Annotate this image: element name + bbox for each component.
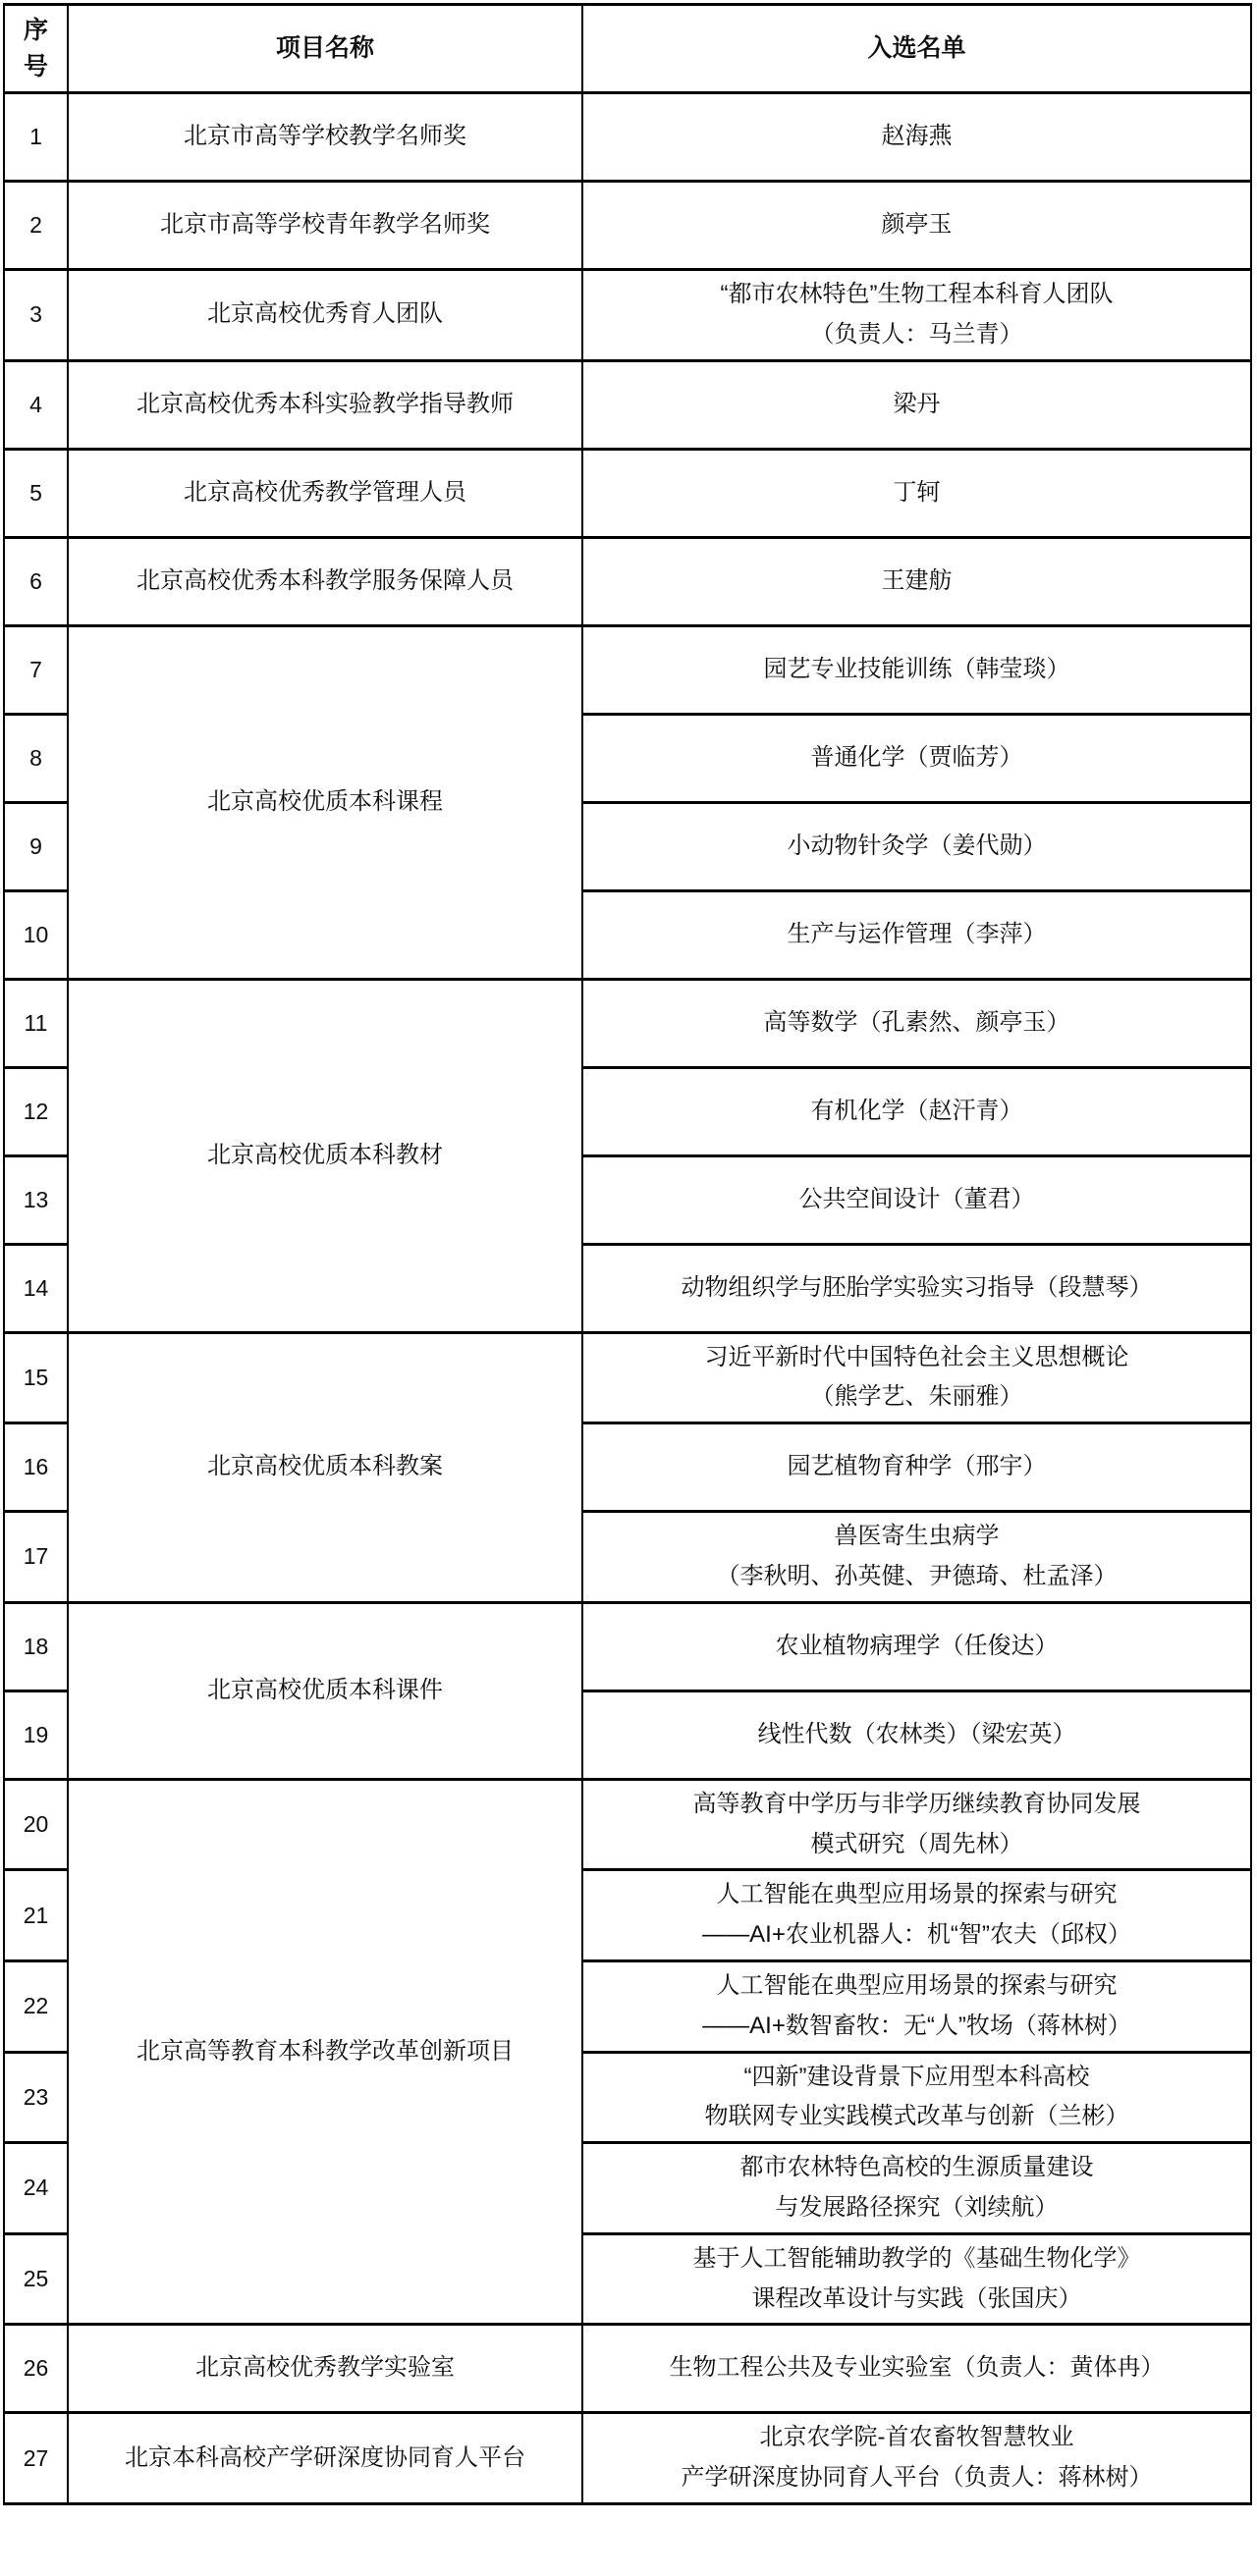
entry-cell: 高等教育中学历与非学历继续教育协同发展 模式研究（周先林）	[582, 1779, 1251, 1870]
project-name-cell: 北京市高等学校青年教学名师奖	[68, 182, 582, 270]
entry-cell: 都市农林特色高校的生源质量建设 与发展路径探究（刘续航）	[582, 2143, 1251, 2234]
table-row: 15 北京高校优质本科教案 习近平新时代中国特色社会主义思想概论 （熊学艺、朱丽…	[4, 1332, 1251, 1423]
serial-cell: 17	[4, 1512, 68, 1603]
award-table: 序号 项目名称 入选名单 1 北京市高等学校教学名师奖 赵海燕 2 北京市高等学…	[3, 3, 1252, 2505]
entry-cell: 北京农学院-首农畜牧智慧牧业 产学研深度协同育人平台（负责人：蒋林树）	[582, 2413, 1251, 2504]
entry-cell: 农业植物病理学（任俊达）	[582, 1602, 1251, 1690]
entry-cell: 高等数学（孔素然、颜亭玉）	[582, 979, 1251, 1067]
entry-cell: 兽医寄生虫病学 （李秋明、孙英健、尹德琦、杜孟泽）	[582, 1512, 1251, 1603]
project-name-cell: 北京高校优质本科教案	[68, 1332, 582, 1602]
header-row: 序号 项目名称 入选名单	[4, 5, 1251, 93]
entry-cell: 梁丹	[582, 360, 1251, 449]
table-row: 4 北京高校优秀本科实验教学指导教师 梁丹	[4, 360, 1251, 449]
project-name-cell: 北京高校优秀教学实验室	[68, 2325, 582, 2413]
serial-cell: 15	[4, 1332, 68, 1423]
entry-cell: 习近平新时代中国特色社会主义思想概论 （熊学艺、朱丽雅）	[582, 1332, 1251, 1423]
serial-cell: 7	[4, 625, 68, 714]
entry-cell: 王建舫	[582, 537, 1251, 625]
project-name-cell: 北京高等教育本科教学改革创新项目	[68, 1779, 582, 2325]
entry-cell: 赵海燕	[582, 93, 1251, 182]
serial-cell: 16	[4, 1423, 68, 1512]
entry-cell: 基于人工智能辅助教学的《基础生物化学》 课程改革设计与实践（张国庆）	[582, 2233, 1251, 2325]
serial-cell: 12	[4, 1067, 68, 1155]
project-name-cell: 北京高校优秀育人团队	[68, 270, 582, 361]
entry-cell: 颜亭玉	[582, 182, 1251, 270]
table-row: 5 北京高校优秀教学管理人员 丁轲	[4, 449, 1251, 537]
table-row: 26 北京高校优秀教学实验室 生物工程公共及专业实验室（负责人：黄体冉）	[4, 2325, 1251, 2413]
table-row: 7 北京高校优质本科课程 园艺专业技能训练（韩莹琰）	[4, 625, 1251, 714]
serial-cell: 5	[4, 449, 68, 537]
project-name-cell: 北京市高等学校教学名师奖	[68, 93, 582, 182]
entry-cell: 公共空间设计（董君）	[582, 1155, 1251, 1244]
serial-cell: 22	[4, 1960, 68, 2052]
serial-cell: 11	[4, 979, 68, 1067]
table-row: 2 北京市高等学校青年教学名师奖 颜亭玉	[4, 182, 1251, 270]
project-name-cell: 北京高校优秀本科教学服务保障人员	[68, 537, 582, 625]
serial-cell: 23	[4, 2052, 68, 2143]
table-row: 1 北京市高等学校教学名师奖 赵海燕	[4, 93, 1251, 182]
serial-cell: 25	[4, 2233, 68, 2325]
serial-cell: 14	[4, 1244, 68, 1332]
entry-cell: 有机化学（赵汗青）	[582, 1067, 1251, 1155]
table-row: 11 北京高校优质本科教材 高等数学（孔素然、颜亭玉）	[4, 979, 1251, 1067]
entry-cell: 线性代数（农林类）（梁宏英）	[582, 1690, 1251, 1779]
entry-cell: 生物工程公共及专业实验室（负责人：黄体冉）	[582, 2325, 1251, 2413]
project-name-cell: 北京高校优质本科课件	[68, 1602, 582, 1779]
entry-cell: 丁轲	[582, 449, 1251, 537]
table-row: 20 北京高等教育本科教学改革创新项目 高等教育中学历与非学历继续教育协同发展 …	[4, 1779, 1251, 1870]
table-row: 18 北京高校优质本科课件 农业植物病理学（任俊达）	[4, 1602, 1251, 1690]
entry-cell: 小动物针灸学（姜代勋）	[582, 802, 1251, 890]
serial-cell: 19	[4, 1690, 68, 1779]
document-sheet: 序号 项目名称 入选名单 1 北京市高等学校教学名师奖 赵海燕 2 北京市高等学…	[0, 0, 1257, 2511]
serial-cell: 26	[4, 2325, 68, 2413]
serial-cell: 24	[4, 2143, 68, 2234]
col-header-selected-list: 入选名单	[582, 5, 1251, 93]
col-header-project-name: 项目名称	[68, 5, 582, 93]
entry-cell: 动物组织学与胚胎学实验实习指导（段慧琴）	[582, 1244, 1251, 1332]
serial-cell: 27	[4, 2413, 68, 2504]
project-name-cell: 北京本科高校产学研深度协同育人平台	[68, 2413, 582, 2504]
entry-cell: 普通化学（贾临芳）	[582, 714, 1251, 802]
serial-cell: 18	[4, 1602, 68, 1690]
project-name-cell: 北京高校优秀教学管理人员	[68, 449, 582, 537]
serial-cell: 10	[4, 890, 68, 979]
serial-cell: 9	[4, 802, 68, 890]
serial-cell: 1	[4, 93, 68, 182]
serial-cell: 2	[4, 182, 68, 270]
table-row: 3 北京高校优秀育人团队 “都市农林特色”生物工程本科育人团队 （负责人：马兰青…	[4, 270, 1251, 361]
serial-cell: 21	[4, 1870, 68, 1961]
entry-cell: “都市农林特色”生物工程本科育人团队 （负责人：马兰青）	[582, 270, 1251, 361]
entry-cell: 人工智能在典型应用场景的探索与研究 ——AI+数智畜牧：无“人”牧场（蒋林树）	[582, 1960, 1251, 2052]
table-row: 6 北京高校优秀本科教学服务保障人员 王建舫	[4, 537, 1251, 625]
serial-cell: 6	[4, 537, 68, 625]
entry-cell: 园艺植物育种学（邢宇）	[582, 1423, 1251, 1512]
serial-cell: 4	[4, 360, 68, 449]
col-header-serial: 序号	[4, 5, 68, 93]
project-name-cell: 北京高校优质本科课程	[68, 625, 582, 979]
entry-cell: 人工智能在典型应用场景的探索与研究 ——AI+农业机器人：机“智”农夫（邱权）	[582, 1870, 1251, 1961]
table-row: 27 北京本科高校产学研深度协同育人平台 北京农学院-首农畜牧智慧牧业 产学研深…	[4, 2413, 1251, 2504]
serial-cell: 8	[4, 714, 68, 802]
entry-cell: “四新”建设背景下应用型本科高校 物联网专业实践模式改革与创新（兰彬）	[582, 2052, 1251, 2143]
serial-cell: 3	[4, 270, 68, 361]
entry-cell: 生产与运作管理（李萍）	[582, 890, 1251, 979]
serial-cell: 20	[4, 1779, 68, 1870]
project-name-cell: 北京高校优秀本科实验教学指导教师	[68, 360, 582, 449]
project-name-cell: 北京高校优质本科教材	[68, 979, 582, 1332]
entry-cell: 园艺专业技能训练（韩莹琰）	[582, 625, 1251, 714]
serial-cell: 13	[4, 1155, 68, 1244]
